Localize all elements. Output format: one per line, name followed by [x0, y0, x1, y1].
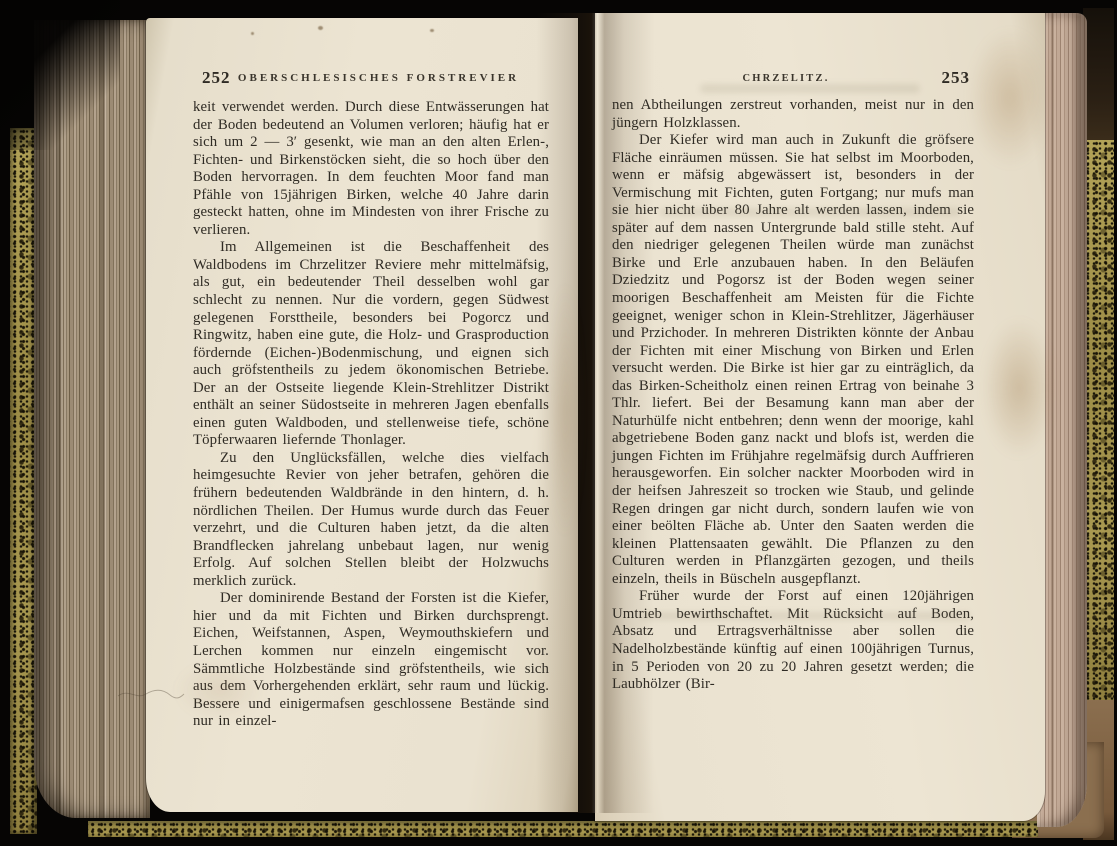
paragraph: keit verwendet werden. Durch diese Entwä… [193, 99, 549, 239]
foxing-dot [251, 32, 254, 35]
left-corner-shadow [0, 0, 120, 150]
left-running-head-row: 252 OBERSCHLESISCHES FORSTREVIER [193, 68, 548, 90]
right-page-number: 253 [942, 68, 971, 88]
ink-squiggle-mark [116, 686, 186, 704]
right-running-head-row: CHRZELITZ. 253 [612, 70, 974, 92]
foxing-dot [318, 26, 323, 30]
bottom-cover-marble-edge [88, 821, 1038, 837]
right-cover-marble [1083, 140, 1114, 700]
left-page-number: 252 [202, 68, 231, 88]
paragraph: Zu den Unglücksfällen, welche dies vielf… [193, 450, 549, 590]
right-text-column: nen Abtheilungen zerstreut vorhanden, me… [612, 97, 974, 697]
paragraph: Der dominirende Bestand der Forsten ist … [193, 590, 549, 730]
paragraph: Im Allgemeinen ist die Beschaffenheit de… [193, 239, 549, 450]
left-text-column: keit verwendet werden. Durch diese Entwä… [193, 99, 549, 699]
paragraph: nen Abtheilungen zerstreut vorhanden, me… [612, 97, 974, 132]
right-cover-dark-corner [1083, 8, 1114, 140]
foxing-dot [430, 29, 434, 32]
right-running-head: CHRZELITZ. [742, 73, 829, 84]
left-running-head: OBERSCHLESISCHES FORSTREVIER [238, 72, 519, 84]
right-cover-edge [1083, 8, 1114, 840]
paragraph: Der Kiefer wird man auch in Zukunft die … [612, 132, 974, 588]
book-spread-scan: 252 OBERSCHLESISCHES FORSTREVIER CHRZELI… [0, 0, 1117, 846]
left-cover-marble-edge [10, 128, 37, 834]
paragraph: Früher wurde der Forst auf einen 120jähr… [612, 588, 974, 693]
